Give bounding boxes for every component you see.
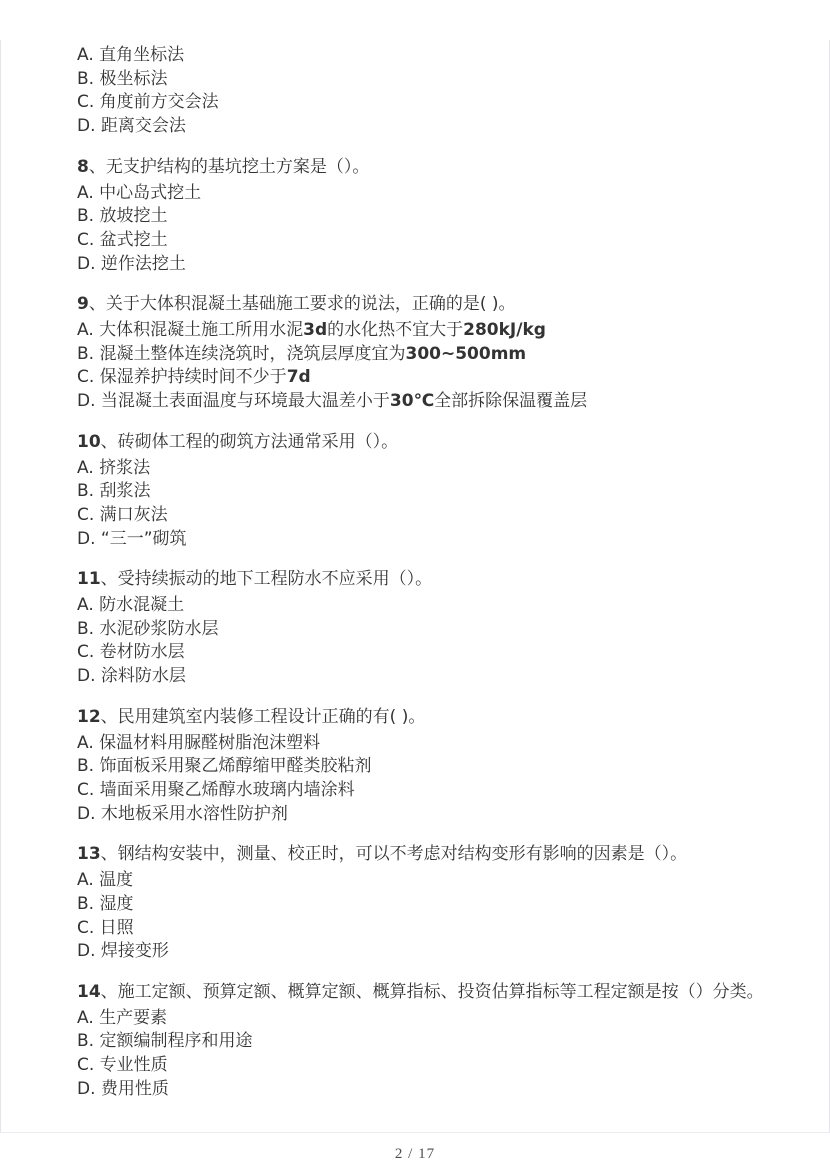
option-line: C. 墙面采用聚乙烯醇水玻璃内墙涂料	[77, 779, 793, 803]
option-line: A. 大体积混凝土施工所用水泥3d的水化热不宜大于280kJ/kg	[77, 319, 793, 343]
numeric-text: 14	[77, 982, 101, 1002]
option-line: D. “三一”砌筑	[77, 528, 793, 552]
question-stem: 8、无支护结构的基坑挖土方案是（）。	[77, 156, 793, 180]
option-line: B. 刮浆法	[77, 480, 793, 504]
numeric-text: 10	[77, 432, 101, 452]
option-line: C. 角度前方交会法	[77, 91, 793, 115]
page-number-text: 2 / 17	[395, 1146, 435, 1163]
option-line: B. 湿度	[77, 893, 793, 917]
option-line: B. 水泥砂浆防水层	[77, 618, 793, 642]
question-stem: 12、民用建筑室内装修工程设计正确的有( )。	[77, 706, 793, 730]
document-page: A. 直角坐标法B. 极坐标法C. 角度前方交会法D. 距离交会法8、无支护结构…	[0, 40, 830, 1133]
numeric-text: 9	[77, 294, 89, 314]
option-line: A. 保温材料用脲醛树脂泡沫塑料	[77, 732, 793, 756]
option-line: D. 逆作法挖土	[77, 253, 793, 277]
question-block: 12、民用建筑室内装修工程设计正确的有( )。A. 保温材料用脲醛树脂泡沫塑料B…	[77, 706, 793, 827]
option-line: C. 专业性质	[77, 1054, 793, 1078]
question-stem: 10、砖砌体工程的砌筑方法通常采用（）。	[77, 431, 793, 455]
numeric-text: 13	[77, 844, 101, 864]
option-line: A. 中心岛式挖土	[77, 182, 793, 206]
option-line: C. 保湿养护持续时间不少于7d	[77, 366, 793, 390]
option-line: B. 放坡挖土	[77, 205, 793, 229]
numeric-text: 30℃	[390, 391, 434, 411]
question-block: 13、钢结构安装中，测量、校正时，可以不考虑对结构变形有影响的因素是（）。A. …	[77, 843, 793, 964]
option-line: A. 挤浆法	[77, 457, 793, 481]
numeric-text: 7d	[287, 367, 311, 387]
option-line: C. 日照	[77, 917, 793, 941]
numeric-text: 300~500mm	[405, 344, 526, 364]
option-line: A. 直角坐标法	[77, 44, 793, 68]
numeric-text: 8	[77, 157, 89, 177]
question-continuation-options: A. 直角坐标法B. 极坐标法C. 角度前方交会法D. 距离交会法	[77, 44, 793, 139]
option-line: C. 卷材防水层	[77, 641, 793, 665]
page-indicator-bar: 2 / 17	[0, 1133, 830, 1175]
question-stem: 11、受持续振动的地下工程防水不应采用（）。	[77, 568, 793, 592]
option-line: B. 定额编制程序和用途	[77, 1030, 793, 1054]
option-line: C. 盆式挖土	[77, 229, 793, 253]
question-block: 9、关于大体积混凝土基础施工要求的说法，正确的是( )。A. 大体积混凝土施工所…	[77, 293, 793, 414]
option-line: A. 生产要素	[77, 1007, 793, 1031]
option-line: B. 饰面板采用聚乙烯醇缩甲醛类胶粘剂	[77, 755, 793, 779]
option-line: D. 距离交会法	[77, 115, 793, 139]
question-stem: 14、施工定额、预算定额、概算定额、概算指标、投资估算指标等工程定额是按（）分类…	[77, 981, 793, 1005]
option-line: B. 混凝土整体连续浇筑时，浇筑层厚度宜为300~500mm	[77, 343, 793, 367]
numeric-text: 3d	[303, 320, 327, 340]
question-block: 10、砖砌体工程的砌筑方法通常采用（）。A. 挤浆法B. 刮浆法C. 满口灰法D…	[77, 431, 793, 552]
question-block: 8、无支护结构的基坑挖土方案是（）。A. 中心岛式挖土B. 放坡挖土C. 盆式挖…	[77, 156, 793, 277]
numeric-text: 12	[77, 707, 101, 727]
question-block: 11、受持续振动的地下工程防水不应采用（）。A. 防水混凝土B. 水泥砂浆防水层…	[77, 568, 793, 689]
question-block: 14、施工定额、预算定额、概算定额、概算指标、投资估算指标等工程定额是按（）分类…	[77, 981, 793, 1102]
option-line: A. 防水混凝土	[77, 594, 793, 618]
numeric-text: 280kJ/kg	[463, 320, 546, 340]
option-line: D. 当混凝土表面温度与环境最大温差小于30℃全部拆除保温覆盖层	[77, 390, 793, 414]
option-line: D. 焊接变形	[77, 940, 793, 964]
question-stem: 9、关于大体积混凝土基础施工要求的说法，正确的是( )。	[77, 293, 793, 317]
option-line: C. 满口灰法	[77, 504, 793, 528]
option-line: A. 温度	[77, 869, 793, 893]
option-line: D. 涂料防水层	[77, 665, 793, 689]
question-stem: 13、钢结构安装中，测量、校正时，可以不考虑对结构变形有影响的因素是（）。	[77, 843, 793, 867]
option-line: D. 木地板采用水溶性防护剂	[77, 803, 793, 827]
numeric-text: 11	[77, 569, 101, 589]
option-line: B. 极坐标法	[77, 68, 793, 92]
option-line: D. 费用性质	[77, 1078, 793, 1102]
questions-container: A. 直角坐标法B. 极坐标法C. 角度前方交会法D. 距离交会法8、无支护结构…	[77, 44, 793, 1101]
page-top-gap	[0, 0, 830, 40]
